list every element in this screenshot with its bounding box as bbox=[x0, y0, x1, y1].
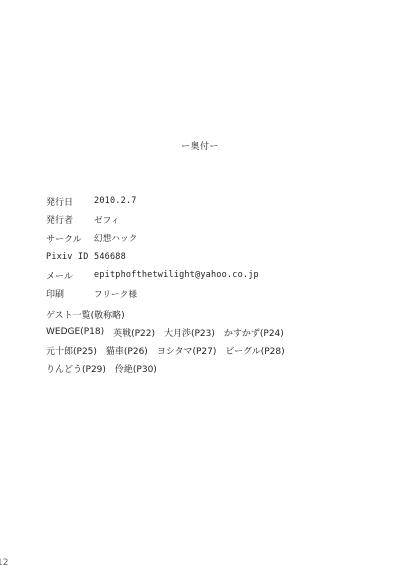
info-key: メール bbox=[46, 269, 94, 282]
page-number: 12 bbox=[0, 558, 8, 568]
guest-entry: ヨシタマ(P27) bbox=[157, 344, 217, 357]
info-value: フリーク様 bbox=[94, 288, 137, 300]
guest-entry: 英戦(P22) bbox=[113, 326, 155, 339]
info-value-email: epitphofthetwilight@yahoo.co.jp bbox=[94, 270, 259, 280]
colophon-info: 発行日 2010.2.7 発行者 ゼフィ サークル 幻想ハック Pixiv ID… bbox=[46, 192, 259, 303]
info-row-circle: サークル 幻想ハック bbox=[46, 229, 259, 248]
guest-entry: ビーグル(P28) bbox=[225, 344, 284, 357]
info-key: 印刷 bbox=[46, 287, 94, 300]
info-key: 発行日 bbox=[46, 195, 94, 208]
guest-list: ゲスト一覧(敬称略) WEDGE(P18) 英戦(P22) 大月渉(P23) か… bbox=[46, 305, 294, 377]
info-row-printer: 印刷 フリーク様 bbox=[46, 285, 259, 304]
info-key: Pixiv ID bbox=[46, 252, 94, 262]
guest-line: 元十郎(P25) 猫車(P26) ヨシタマ(P27) ビーグル(P28) bbox=[46, 341, 294, 359]
info-row-mail: メール epitphofthetwilight@yahoo.co.jp bbox=[46, 266, 259, 285]
info-value: 幻想ハック bbox=[94, 232, 138, 244]
info-key: サークル bbox=[46, 232, 94, 245]
guest-entry: 元十郎(P25) bbox=[46, 344, 97, 357]
colophon-title: ー奥付ー bbox=[0, 139, 400, 152]
guest-entry: かすかず(P24) bbox=[224, 326, 284, 339]
guest-line: りんどう(P29) 伶絶(P30) bbox=[46, 359, 294, 377]
info-value: 546688 bbox=[94, 252, 126, 262]
guest-entry: WEDGE(P18) bbox=[46, 327, 104, 337]
info-row-publisher: 発行者 ゼフィ bbox=[46, 211, 259, 230]
info-value: ゼフィ bbox=[94, 214, 119, 226]
info-row-pixiv-id: Pixiv ID 546688 bbox=[46, 248, 259, 267]
guest-line: WEDGE(P18) 英戦(P22) 大月渉(P23) かすかず(P24) bbox=[46, 323, 294, 341]
info-key: 発行者 bbox=[46, 213, 94, 226]
guest-entry: 伶絶(P30) bbox=[115, 362, 157, 375]
info-value: 2010.2.7 bbox=[94, 196, 137, 206]
info-row-date: 発行日 2010.2.7 bbox=[46, 192, 259, 211]
guest-entry: りんどう(P29) bbox=[46, 362, 106, 375]
guest-entry: 大月渉(P23) bbox=[164, 326, 215, 339]
guest-list-heading: ゲスト一覧(敬称略) bbox=[46, 305, 294, 323]
guest-entry: 猫車(P26) bbox=[106, 344, 148, 357]
